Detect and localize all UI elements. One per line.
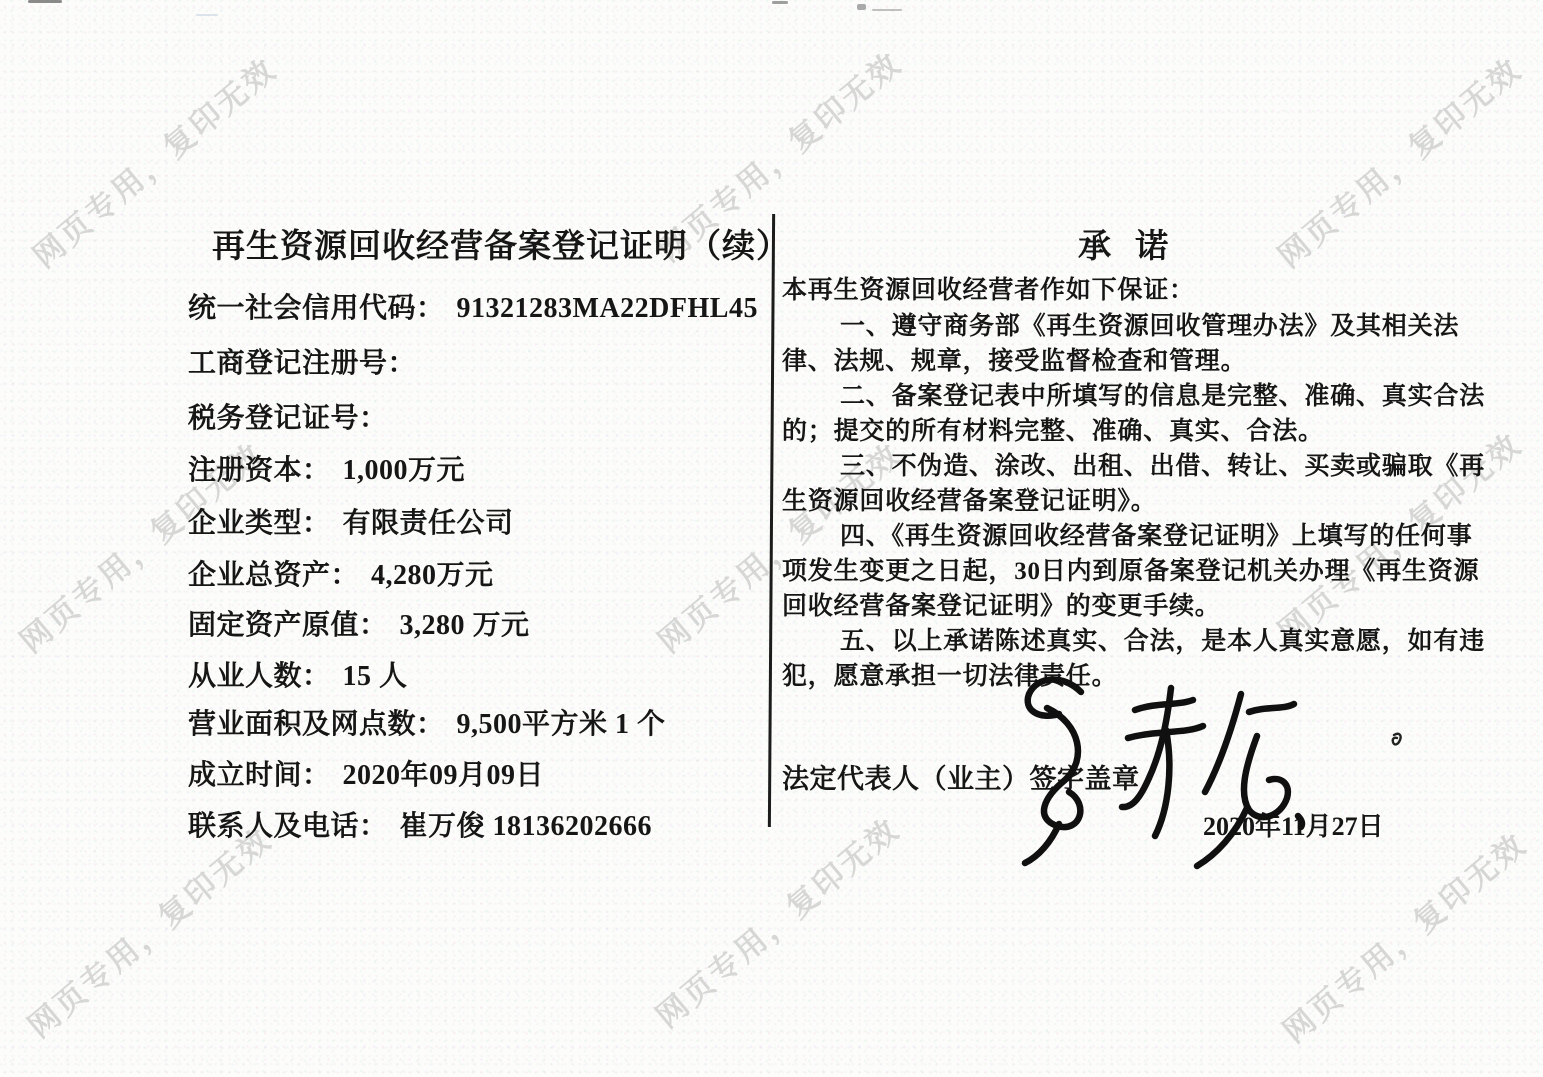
scan-artifact bbox=[196, 14, 218, 16]
promise-line: 生资源回收经营备案登记证明》。 bbox=[782, 481, 1472, 517]
field-credit-code: 统一社会信用代码：91321283MA22DFHL45 bbox=[188, 286, 758, 326]
promise-line: 律、法规、规章，接受监督检查和管理。 bbox=[782, 341, 1472, 377]
field-label: 成立时间： bbox=[188, 760, 331, 791]
field-value: 4,280万元 bbox=[371, 560, 494, 591]
field-label: 从业人数： bbox=[188, 661, 331, 692]
scanned-certificate-page: 网页专用，复印无效 网页专用，复印无效 网页专用，复印无效 网页专用，复印无效 … bbox=[0, 0, 1543, 1077]
promise-line: 回收经营备案登记证明》的变更手续。 bbox=[782, 586, 1472, 622]
field-label: 工商登记注册号： bbox=[188, 348, 416, 379]
field-label: 注册资本： bbox=[188, 455, 331, 486]
promise-line: 二、备案登记表中所填写的信息是完整、准确、真实合法 bbox=[782, 376, 1530, 412]
scan-artifact bbox=[872, 9, 902, 11]
field-establish-date: 成立时间：2020年09月09日 bbox=[188, 753, 544, 793]
scan-artifact bbox=[857, 4, 866, 10]
column-divider-line bbox=[768, 214, 775, 827]
promise-line: 本再生资源回收经营者作如下保证： bbox=[782, 270, 1472, 306]
handwritten-signature bbox=[985, 658, 1325, 873]
promise-line: 的；提交的所有材料完整、准确、真实、合法。 bbox=[782, 411, 1472, 447]
field-label: 营业面积及网点数： bbox=[188, 709, 445, 740]
field-value: 1,000万元 bbox=[343, 455, 466, 486]
field-value: 15 人 bbox=[343, 661, 408, 692]
promise-heading: 承 诺 bbox=[1078, 220, 1176, 267]
field-value: 9,500平方米 1 个 bbox=[457, 709, 666, 740]
promise-line: 一、遵守商务部《再生资源回收管理办法》及其相关法 bbox=[782, 306, 1530, 342]
field-value: 91321283MA22DFHL45 bbox=[457, 293, 758, 324]
field-business-reg-no: 工商登记注册号： bbox=[188, 341, 428, 381]
field-company-type: 企业类型：有限责任公司 bbox=[188, 501, 514, 541]
field-label: 税务登记证号： bbox=[188, 403, 388, 434]
scan-artifact bbox=[772, 1, 788, 4]
field-employee-count: 从业人数：15 人 bbox=[188, 654, 408, 694]
promise-line: 四、《再生资源回收经营备案登记证明》上填写的任何事 bbox=[782, 516, 1530, 552]
field-business-area: 营业面积及网点数：9,500平方米 1 个 bbox=[188, 702, 666, 742]
promise-line: 三、不伪造、涂改、出租、出借、转让、买卖或骗取《再 bbox=[782, 446, 1530, 482]
field-value: 3,280 万元 bbox=[400, 610, 530, 641]
field-registered-capital: 注册资本：1,000万元 bbox=[188, 448, 465, 488]
ink-speck-icon bbox=[1389, 731, 1405, 753]
certificate-title: 再生资源回收经营备案登记证明（续） bbox=[212, 220, 790, 267]
field-total-assets: 企业总资产：4,280万元 bbox=[188, 553, 494, 593]
promise-line: 五、以上承诺陈述真实、合法，是本人真实意愿，如有违 bbox=[782, 621, 1530, 657]
field-label: 企业类型： bbox=[188, 508, 331, 539]
field-contact-phone: 联系人及电话：崔万俊 18136202666 bbox=[188, 804, 652, 844]
scan-artifact bbox=[28, 0, 62, 3]
field-label: 统一社会信用代码： bbox=[188, 293, 445, 324]
field-value: 2020年09月09日 bbox=[343, 760, 545, 791]
document-content: 再生资源回收经营备案登记证明（续） 统一社会信用代码：91321283MA22D… bbox=[0, 0, 1543, 1077]
field-label: 固定资产原值： bbox=[188, 610, 388, 641]
field-fixed-assets: 固定资产原值：3,280 万元 bbox=[188, 603, 530, 643]
promise-line: 项发生变更之日起，30日内到原备案登记机关办理《再生资源 bbox=[782, 551, 1472, 587]
field-label: 联系人及电话： bbox=[188, 811, 388, 842]
field-tax-reg-no: 税务登记证号： bbox=[188, 396, 400, 436]
field-value: 有限责任公司 bbox=[343, 508, 514, 539]
field-label: 企业总资产： bbox=[188, 560, 359, 591]
field-value: 崔万俊 18136202666 bbox=[400, 811, 653, 842]
